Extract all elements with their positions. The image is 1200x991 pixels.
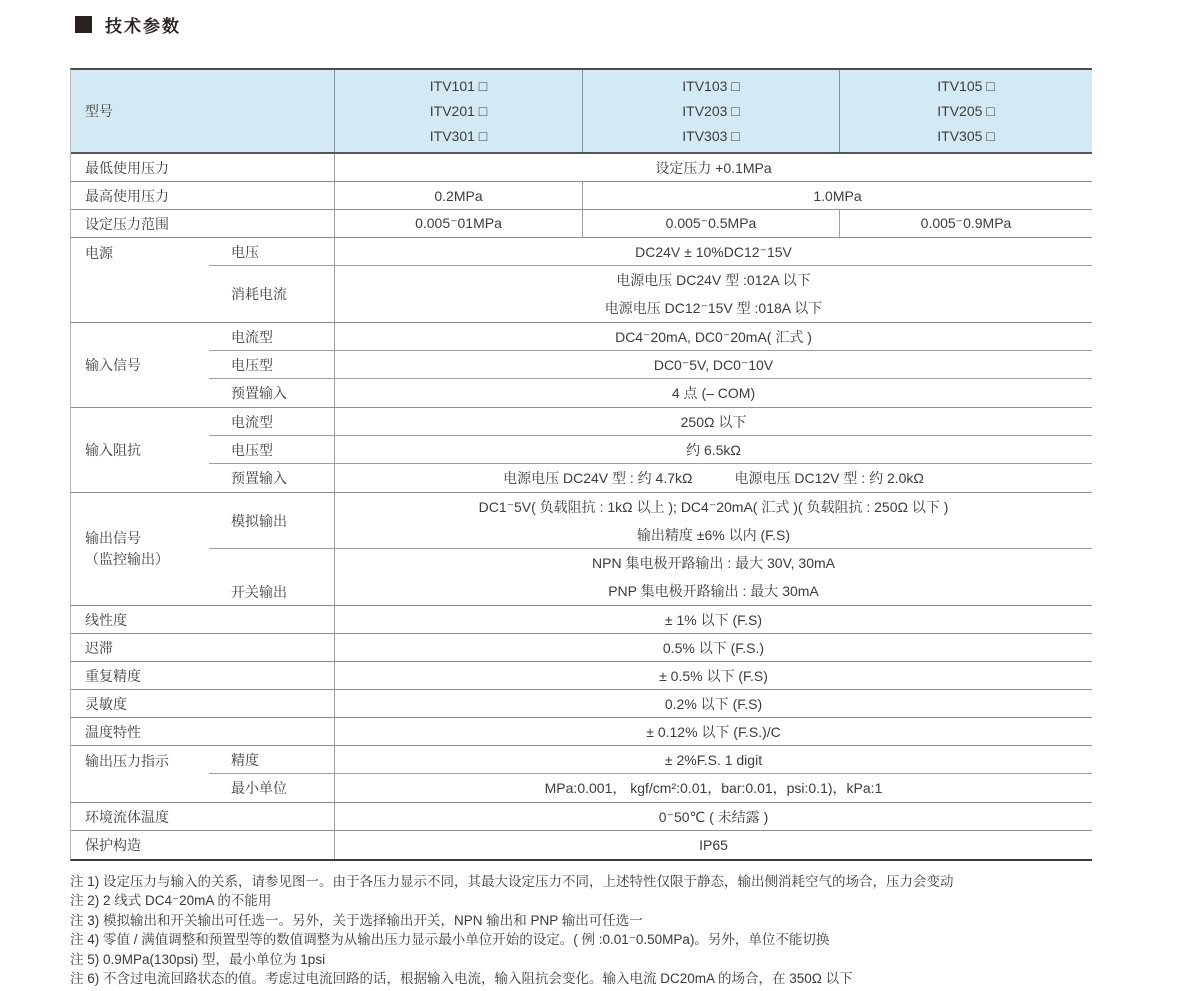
value-line: DC0⁻5V, DC0⁻10V: [335, 351, 1092, 379]
row-sensitivity: 灵敏度 0.2% 以下 (F.S): [71, 690, 1092, 718]
group-label: 输出信号 （监控输出）: [71, 493, 209, 605]
row-value: IP65: [334, 831, 1092, 859]
model-number: ITV103 □: [682, 74, 739, 99]
subrow-label: 电压型: [209, 351, 334, 378]
subrow-value: 电源电压 DC24V 型 : 约 4.7kΩ 电源电压 DC12V 型 : 约 …: [334, 464, 1092, 492]
group-input-impedance: 输入阻抗 电流型 250Ω 以下 电压型 约 6.5kΩ 预置输入 电源电压 D…: [71, 408, 1092, 493]
value-line: 电源电压 DC24V 型 : 约 4.7kΩ 电源电压 DC12V 型 : 约 …: [335, 464, 1092, 492]
subrow-preset-input: 预置输入 电源电压 DC24V 型 : 约 4.7kΩ 电源电压 DC12V 型…: [209, 464, 1092, 492]
group-label: 电源: [71, 238, 209, 322]
row-value: 0.5% 以下 (F.S.): [334, 634, 1092, 661]
note-5: 注 5) 0.9MPa(130psi) 型，最小单位为 1psi: [70, 950, 1190, 969]
subrow-current-type: 电流型 DC4⁻20mA, DC0⁻20mA( 汇式 ): [209, 323, 1092, 351]
row-value: 0⁻50℃ ( 未结露 ): [334, 803, 1092, 830]
section-marker-icon: [75, 16, 92, 33]
subrow-preset-input: 预置输入 4 点 (– COM): [209, 379, 1092, 407]
group-label-text: 输入信号: [85, 355, 209, 376]
group-label-text: 输出信号: [85, 528, 209, 549]
header-model-label: 型号: [71, 70, 334, 152]
row-ambient-temperature: 环境流体温度 0⁻50℃ ( 未结露 ): [71, 803, 1092, 831]
row-label: 最低使用压力: [71, 154, 334, 181]
subrow-label: 电压型: [209, 436, 334, 463]
header-model-column-2: ITV103 □ ITV203 □ ITV303 □: [582, 70, 839, 152]
group-label-text: （监控输出）: [85, 549, 209, 570]
row-label: 迟滞: [71, 634, 334, 661]
value-line: PNP 集电极开路输出 : 最大 30mA: [335, 577, 1092, 605]
subrow-value: DC24V ± 10%DC12⁻15V: [334, 238, 1092, 265]
row-max-pressure: 最高使用压力 0.2MPa 1.0MPa: [71, 182, 1092, 210]
group-label: 输出压力指示: [71, 746, 209, 802]
row-value: ± 0.12% 以下 (F.S.)/C: [334, 718, 1092, 745]
group-body: 电压 DC24V ± 10%DC12⁻15V 消耗电流 电源电压 DC24V 型…: [209, 238, 1092, 322]
row-value: 0.2% 以下 (F.S): [334, 690, 1092, 717]
value-line: 电源电压 DC12⁻15V 型 :018A 以下: [335, 294, 1092, 322]
subrow-label: 电压: [209, 238, 334, 265]
model-number: ITV303 □: [682, 124, 739, 149]
group-output-signal: 输出信号 （监控输出） 模拟输出 DC1⁻5V( 负载阻抗 : 1kΩ 以上 )…: [71, 493, 1092, 606]
model-number: ITV305 □: [937, 124, 994, 149]
model-number: ITV205 □: [937, 99, 994, 124]
value-line: DC4⁻20mA, DC0⁻20mA( 汇式 ): [335, 323, 1092, 351]
subrow-label: 开关输出: [209, 549, 334, 605]
row-label: 保护构造: [71, 831, 334, 859]
group-label: 输入阻抗: [71, 408, 209, 492]
subrow-value: DC0⁻5V, DC0⁻10V: [334, 351, 1092, 378]
row-temperature-characteristics: 温度特性 ± 0.12% 以下 (F.S.)/C: [71, 718, 1092, 746]
value-line: NPN 集电极开路输出 : 最大 30V, 30mA: [335, 549, 1092, 577]
value-line: DC1⁻5V( 负载阻抗 : 1kΩ 以上 ); DC4⁻20mA( 汇式 )(…: [335, 493, 1092, 521]
row-label: 线性度: [71, 606, 334, 633]
group-body: 精度 ± 2%F.S. 1 digit 最小单位 MPa:0.001， kgf/…: [209, 746, 1092, 802]
row-value: 设定压力 +0.1MPa: [334, 154, 1092, 181]
subrow-voltage-type: 电压型 约 6.5kΩ: [209, 436, 1092, 464]
group-label-text: 电源: [85, 243, 209, 264]
subrow-minimum-unit: 最小单位 MPa:0.001， kgf/cm²:0.01，bar:0.01，ps…: [209, 774, 1092, 802]
row-value: ± 0.5% 以下 (F.S): [334, 662, 1092, 689]
footnotes: 注 1) 设定压力与输入的关系，请参见图一。由于各压力显示不同，其最大设定压力不…: [70, 872, 1190, 988]
row-repeatability: 重复精度 ± 0.5% 以下 (F.S): [71, 662, 1092, 690]
subrow-label: 预置输入: [209, 464, 334, 492]
row-label: 重复精度: [71, 662, 334, 689]
value-line: 4 点 (– COM): [335, 379, 1092, 407]
group-body: 电流型 DC4⁻20mA, DC0⁻20mA( 汇式 ) 电压型 DC0⁻5V,…: [209, 323, 1092, 407]
model-number: ITV203 □: [682, 99, 739, 124]
subrow-value: 约 6.5kΩ: [334, 436, 1092, 463]
row-value-col1: 0.2MPa: [334, 182, 582, 209]
note-6: 注 6) 不含过电流回路状态的值。考虑过电流回路的话，根据输入电流，输入阻抗会变…: [70, 969, 1190, 988]
model-number: ITV301 □: [430, 124, 487, 149]
subrow-switch-output: 开关输出 NPN 集电极开路输出 : 最大 30V, 30mA PNP 集电极开…: [209, 549, 1092, 605]
subrow-label: 预置输入: [209, 379, 334, 407]
row-label: 最高使用压力: [71, 182, 334, 209]
subrow-current-consumption: 消耗电流 电源电压 DC24V 型 :012A 以下 电源电压 DC12⁻15V…: [209, 266, 1092, 322]
row-label: 灵敏度: [71, 690, 334, 717]
value-line: DC24V ± 10%DC12⁻15V: [335, 238, 1092, 266]
group-label-text: 输入阻抗: [85, 440, 209, 461]
subrow-label: 电流型: [209, 323, 334, 350]
row-label: 温度特性: [71, 718, 334, 745]
row-linearity: 线性度 ± 1% 以下 (F.S): [71, 606, 1092, 634]
subrow-label: 最小单位: [209, 774, 334, 802]
row-enclosure: 保护构造 IP65: [71, 831, 1092, 859]
subrow-value: 250Ω 以下: [334, 408, 1092, 435]
group-pressure-display: 输出压力指示 精度 ± 2%F.S. 1 digit 最小单位 MPa:0.00…: [71, 746, 1092, 803]
model-number: ITV105 □: [937, 74, 994, 99]
value-line: 输出精度 ±6% 以内 (F.S): [335, 521, 1092, 549]
subrow-value: ± 2%F.S. 1 digit: [334, 746, 1092, 773]
group-label: 输入信号: [71, 323, 209, 407]
subrow-label: 精度: [209, 746, 334, 773]
subrow-value: 电源电压 DC24V 型 :012A 以下 电源电压 DC12⁻15V 型 :0…: [334, 266, 1092, 322]
row-value-col3: 0.005⁻0.9MPa: [839, 210, 1092, 237]
spec-table: 型号 ITV101 □ ITV201 □ ITV301 □ ITV103 □ I…: [70, 68, 1092, 861]
note-3: 注 3) 模拟输出和开关输出可任选一。另外，关于选择输出开关，NPN 输出和 P…: [70, 911, 1190, 930]
header-model-column-1: ITV101 □ ITV201 □ ITV301 □: [334, 70, 582, 152]
note-2: 注 2) 2 线式 DC4⁻20mA 的不能用: [70, 891, 1190, 910]
subrow-label: 消耗电流: [209, 266, 334, 322]
group-label-text: 输出压力指示: [85, 751, 209, 772]
note-1: 注 1) 设定压力与输入的关系，请参见图一。由于各压力显示不同，其最大设定压力不…: [70, 872, 1190, 891]
note-4: 注 4) 零值 / 满值调整和预置型等的数值调整为从输出压力显示最小单位开始的设…: [70, 930, 1190, 949]
subrow-voltage-type: 电压型 DC0⁻5V, DC0⁻10V: [209, 351, 1092, 379]
subrow-label: 模拟输出: [209, 493, 334, 548]
row-set-range: 设定压力范围 0.005⁻01MPa 0.005⁻0.5MPa 0.005⁻0.…: [71, 210, 1092, 238]
row-min-pressure: 最低使用压力 设定压力 +0.1MPa: [71, 154, 1092, 182]
row-label: 设定压力范围: [71, 210, 334, 237]
subrow-label: 电流型: [209, 408, 334, 435]
subrow-analog-output: 模拟输出 DC1⁻5V( 负载阻抗 : 1kΩ 以上 ); DC4⁻20mA( …: [209, 493, 1092, 549]
value-line: 约 6.5kΩ: [335, 436, 1092, 464]
row-value-col1: 0.005⁻01MPa: [334, 210, 582, 237]
row-value-col2: 1.0MPa: [582, 182, 1092, 209]
header-model-column-3: ITV105 □ ITV205 □ ITV305 □: [839, 70, 1092, 152]
subrow-current-type: 电流型 250Ω 以下: [209, 408, 1092, 436]
group-body: 模拟输出 DC1⁻5V( 负载阻抗 : 1kΩ 以上 ); DC4⁻20mA( …: [209, 493, 1092, 605]
row-hysteresis: 迟滞 0.5% 以下 (F.S.): [71, 634, 1092, 662]
value-line: MPa:0.001， kgf/cm²:0.01，bar:0.01，psi:0.1…: [335, 774, 1092, 802]
model-number: ITV201 □: [430, 99, 487, 124]
group-power: 电源 电压 DC24V ± 10%DC12⁻15V 消耗电流 电源电压 DC24…: [71, 238, 1092, 323]
value-line: 250Ω 以下: [335, 408, 1092, 436]
subrow-value: NPN 集电极开路输出 : 最大 30V, 30mA PNP 集电极开路输出 :…: [334, 549, 1092, 605]
subrow-value: DC1⁻5V( 负载阻抗 : 1kΩ 以上 ); DC4⁻20mA( 汇式 )(…: [334, 493, 1092, 548]
subrow-value: DC4⁻20mA, DC0⁻20mA( 汇式 ): [334, 323, 1092, 350]
table-header-row: 型号 ITV101 □ ITV201 □ ITV301 □ ITV103 □ I…: [71, 70, 1092, 154]
group-input-signal: 输入信号 电流型 DC4⁻20mA, DC0⁻20mA( 汇式 ) 电压型 DC…: [71, 323, 1092, 408]
row-label: 环境流体温度: [71, 803, 334, 830]
model-number: ITV101 □: [430, 74, 487, 99]
row-value: ± 1% 以下 (F.S): [334, 606, 1092, 633]
subrow-value: 4 点 (– COM): [334, 379, 1092, 407]
group-body: 电流型 250Ω 以下 电压型 约 6.5kΩ 预置输入 电源电压 DC24V …: [209, 408, 1092, 492]
value-line: 电源电压 DC24V 型 :012A 以下: [335, 266, 1092, 294]
value-line: ± 2%F.S. 1 digit: [335, 746, 1092, 774]
subrow-value: MPa:0.001， kgf/cm²:0.01，bar:0.01，psi:0.1…: [334, 774, 1092, 802]
row-value-col2: 0.005⁻0.5MPa: [582, 210, 839, 237]
subrow-voltage: 电压 DC24V ± 10%DC12⁻15V: [209, 238, 1092, 266]
section-title-text: 技术参数: [105, 12, 181, 37]
subrow-accuracy: 精度 ± 2%F.S. 1 digit: [209, 746, 1092, 774]
section-title: 技术参数: [75, 12, 181, 37]
